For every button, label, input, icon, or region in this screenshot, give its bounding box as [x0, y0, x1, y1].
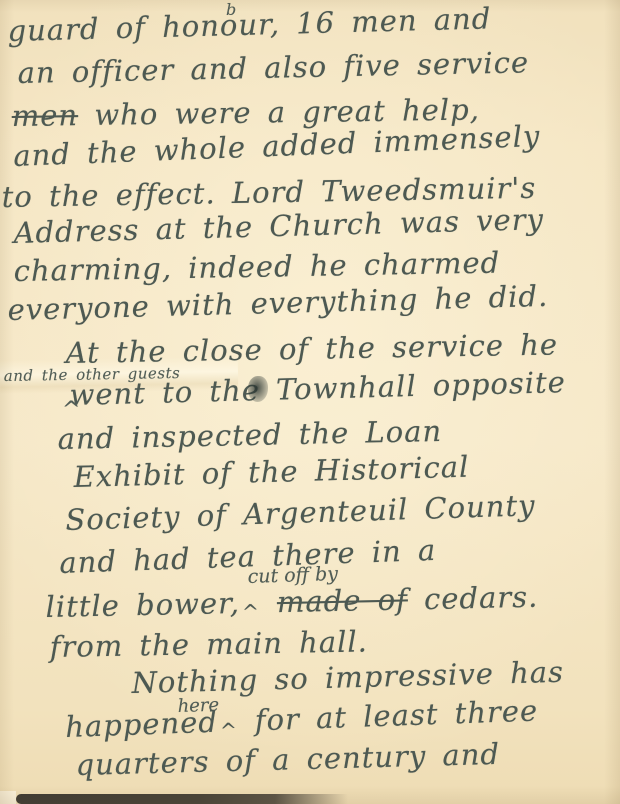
handwriting-line: Exhibit of the Historical	[73, 450, 470, 494]
caret-mark: ^	[218, 718, 240, 743]
line-text: happened	[65, 705, 219, 744]
handwriting-line: Society of Argenteuil County	[65, 488, 536, 537]
line-text: little bower,	[45, 586, 240, 624]
struck-word: men	[12, 98, 79, 133]
caret-mark: ^	[62, 398, 80, 423]
line-text: cedars.	[424, 580, 539, 616]
handwriting-line: an officer and also five service	[17, 45, 529, 90]
handwriting-line: and inspected the Loan	[57, 414, 442, 456]
line-text: for at least three	[254, 694, 538, 738]
handwriting-line: Nothing so impressive has	[131, 655, 564, 700]
caret-mark: ^	[240, 599, 261, 623]
handwriting-line: little bower,^ made of cedars.	[45, 580, 538, 628]
scan-edge-light-corner	[0, 791, 16, 804]
handwriting-line: from the main hall.	[49, 624, 368, 664]
struck-words: made of	[277, 582, 409, 619]
handwriting-line: guard of honour, 16 men and	[7, 1, 492, 48]
scan-edge-shadow	[16, 794, 348, 804]
manuscript-page: b guard of honour, 16 men and an officer…	[0, 0, 620, 804]
handwriting-line: At the close of the service he	[65, 327, 558, 370]
